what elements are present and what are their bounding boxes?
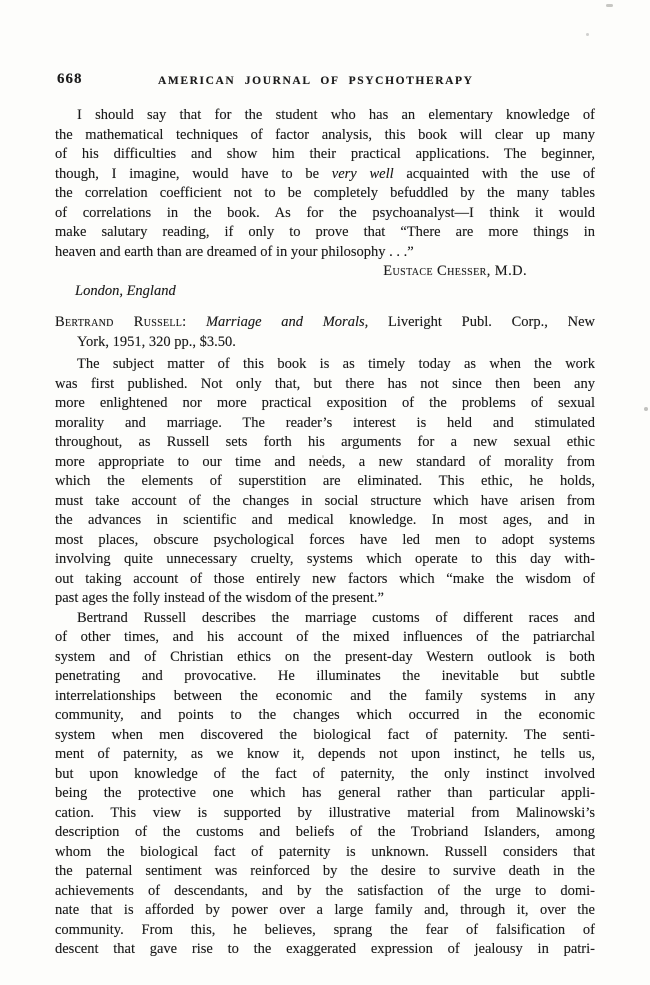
page-header: 668 AMERICAN JOURNAL OF PSYCHOTHERAPY xyxy=(0,70,650,90)
scan-speck xyxy=(322,455,324,458)
text-line: morality and marriage. The reader’s inte… xyxy=(55,414,595,434)
text-line: but upon knowledge of the fact of patern… xyxy=(55,765,595,785)
text-line: make salutary reading, if only to prove … xyxy=(55,223,595,243)
text-line: most places, obscure psychological force… xyxy=(55,531,595,551)
text-line: Bertrand Russell describes the marriage … xyxy=(55,609,595,629)
text-line: more enlightened nor more practical expo… xyxy=(55,394,595,414)
citation-line-2: York, 1951, 320 pp., $3.50. xyxy=(55,333,595,353)
text-line: though, I imagine, would have to be very… xyxy=(55,165,595,185)
text-line: penetrating and provocative. He illumina… xyxy=(55,667,595,687)
citation-separator: : xyxy=(182,314,186,330)
citation-line-1: Bertrand Russell: Marriage and Morals, L… xyxy=(55,313,595,333)
text-line: out taking account of those entirely new… xyxy=(55,570,595,590)
citation-publisher: Liveright Publ. Corp., New xyxy=(388,314,595,330)
text-line: interrelationships between the economic … xyxy=(55,687,595,707)
text-line: the mathematical techniques of factor an… xyxy=(55,126,595,146)
text-line: must take account of the changes in soci… xyxy=(55,492,595,512)
scan-speck xyxy=(644,407,648,411)
text-line: community. From this, he believes, spran… xyxy=(55,921,595,941)
text-line: more appropriate to our time and needs, … xyxy=(55,453,595,473)
book-citation: Bertrand Russell: Marriage and Morals, L… xyxy=(55,313,595,352)
text-line: description of the customs and beliefs o… xyxy=(55,823,595,843)
text-line: the correlation coefficient not to be co… xyxy=(55,184,595,204)
text-line: which the elements of superstition are e… xyxy=(55,472,595,492)
text-line: of other times, and his account of the m… xyxy=(55,628,595,648)
text-line: being the protective one which has gener… xyxy=(55,784,595,804)
text-line: achievements of descendants, and by the … xyxy=(55,882,595,902)
text-line: of correlations in the book. As for the … xyxy=(55,204,595,224)
chesser-closing-paragraph: I should say that for the student who ha… xyxy=(55,106,595,262)
text-line: past ages the folly instead of the wisdo… xyxy=(55,589,595,609)
scan-speck xyxy=(606,4,613,7)
text-line: heaven and earth than are dreamed of in … xyxy=(55,243,595,263)
text-line: the advances in scientific and medical k… xyxy=(55,511,595,531)
journal-title: AMERICAN JOURNAL OF PSYCHOTHERAPY xyxy=(158,72,474,92)
russell-review-paragraph-1: The subject matter of this book is as ti… xyxy=(55,355,595,609)
text-line: nate that is afforded by power over a la… xyxy=(55,901,595,921)
reviewer-signature: Eustace Chesser, M.D. xyxy=(55,262,595,282)
text-line: The subject matter of this book is as ti… xyxy=(55,355,595,375)
text-line: throughout, as Russell sets forth his ar… xyxy=(55,433,595,453)
reviewer-location: London, England xyxy=(55,282,595,302)
scan-speck xyxy=(586,33,589,36)
text-line: of his difficulties and show him their p… xyxy=(55,145,595,165)
text-line: community, and points to the changes whi… xyxy=(55,706,595,726)
text-line: system and of Christian ethics on the pr… xyxy=(55,648,595,668)
text-line: cation. This view is supported by illust… xyxy=(55,804,595,824)
text-line: the paternal sentiment was reinforced by… xyxy=(55,862,595,882)
text-line: ment of paternity, as we know it, depend… xyxy=(55,745,595,765)
citation-book-title: Marriage and Morals, xyxy=(206,314,368,330)
text-line: was first published. Not only that, but … xyxy=(55,375,595,395)
text-line: whom the biological fact of paternity is… xyxy=(55,843,595,863)
journal-page: 668 AMERICAN JOURNAL OF PSYCHOTHERAPY I … xyxy=(0,0,650,985)
text-line: descent that gave rise to the exaggerate… xyxy=(55,940,595,960)
text-line: I should say that for the student who ha… xyxy=(55,106,595,126)
page-number: 668 xyxy=(57,70,83,90)
russell-review-paragraph-2: Bertrand Russell describes the marriage … xyxy=(55,609,595,960)
text-line: system when men discovered the biologica… xyxy=(55,726,595,746)
text-column: I should say that for the student who ha… xyxy=(55,106,595,960)
citation-author: Bertrand Russell xyxy=(55,314,182,330)
text-line: involving quite unnecessary cruelty, sys… xyxy=(55,550,595,570)
